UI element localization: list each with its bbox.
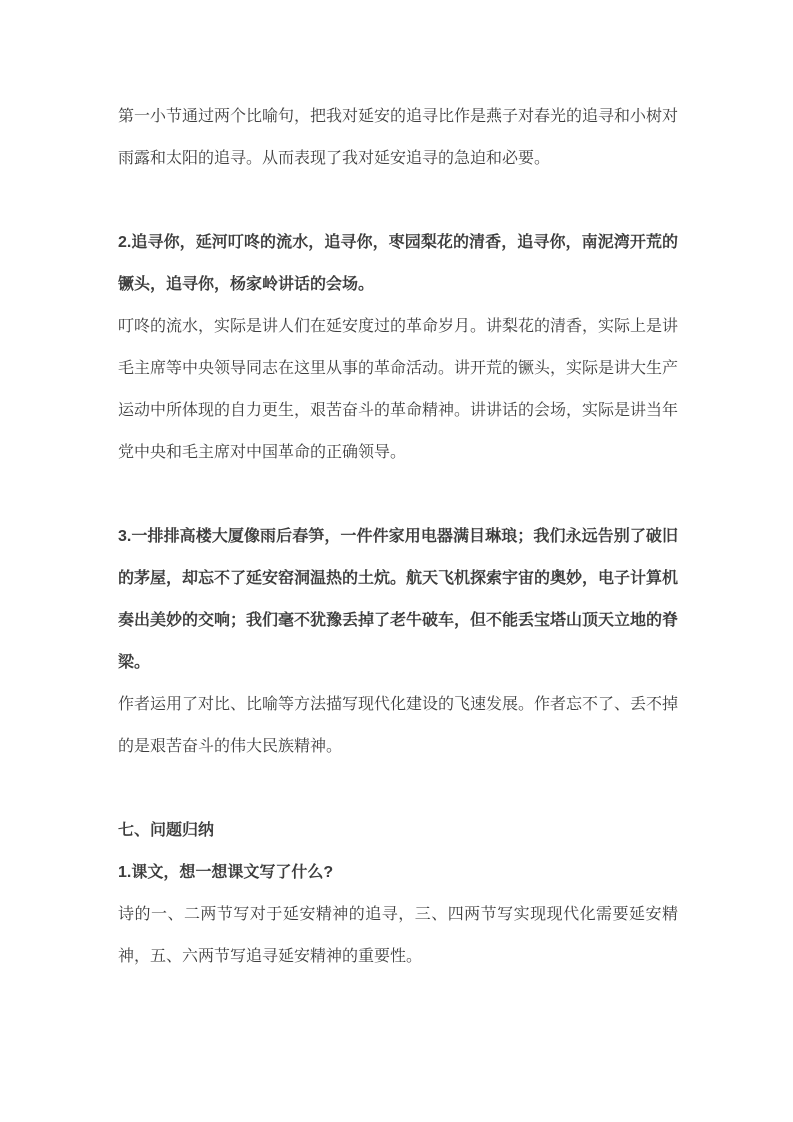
section-heading: 七、问题归纳 [118,810,678,852]
paragraph: 作者运用了对比、比喻等方法描写现代化建设的飞速发展。作者忘不了、丢不掉的是艰苦奋… [118,684,678,768]
paragraph: 叮咚的流水，实际是讲人们在延安度过的革命岁月。讲梨花的清香，实际上是讲毛主席等中… [118,306,678,474]
paragraph: 2.追寻你，延河叮咚的流水，追寻你，枣园梨花的清香，追寻你，南泥湾开荒的镢头，追… [118,222,678,306]
document-page: 第一小节通过两个比喻句，把我对延安的追寻比作是燕子对春光的追寻和小树对雨露和太阳… [0,0,793,1122]
paragraph: 1.课文，想一想课文写了什么? [118,852,678,894]
document-body: 第一小节通过两个比喻句，把我对延安的追寻比作是燕子对春光的追寻和小树对雨露和太阳… [118,96,678,978]
paragraph: 诗的一、二两节写对于延安精神的追寻，三、四两节写实现现代化需要延安精神，五、六两… [118,894,678,978]
paragraph: 3.一排排高楼大厦像雨后春笋，一件件家用电器满目琳琅；我们永远告别了破旧的茅屋，… [118,516,678,684]
paragraph: 第一小节通过两个比喻句，把我对延安的追寻比作是燕子对春光的追寻和小树对雨露和太阳… [118,96,678,180]
